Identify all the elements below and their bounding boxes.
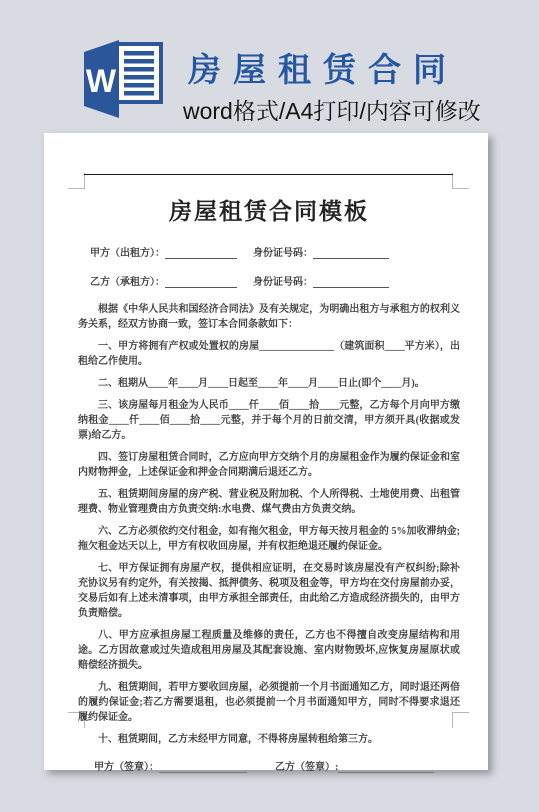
- contract-clause-8: 八、甲方应承担房屋工程质量及维修的责任，乙方也不得擅自改变房屋结构和用途。乙方因…: [78, 628, 460, 673]
- document-title: 房屋租赁合同模板: [78, 193, 460, 226]
- document-content: 房屋租赁合同模板 甲方（出租方）： 身份证号码： 乙方（承租方）： 身份证号码：…: [78, 193, 460, 773]
- signature-party-b-blank: [338, 761, 434, 773]
- template-preview: W 房屋租赁合同 word格式/A4打印/内容可修改 房屋租赁合同模板 甲方（出…: [0, 0, 539, 812]
- party-b-row: 乙方（承租方）： 身份证号码：: [78, 273, 460, 288]
- contract-clause-4: 四、签订房屋租赁合同时，乙方应向甲方交纳个月的房屋租金作为履约保证金和室内财物押…: [78, 450, 460, 480]
- margin-corner-mark-top-left: [68, 173, 85, 189]
- party-b-id-blank: [313, 276, 389, 288]
- contract-clause-1: 一、甲方将拥有产权或处置权的房屋_______________（建筑面积____…: [78, 339, 460, 369]
- contract-clause-7: 七、甲方保证拥有房屋产权，提供相应证明，在交易时该房屋没有产权纠纷;除补充协议另…: [78, 561, 460, 621]
- contract-clause-5: 五、租赁期间房屋的房产税、营业税及附加税、个人所得税、土地使用费、出租管理费、物…: [78, 487, 460, 517]
- signature-party-a-label: 甲方（签章）：: [94, 758, 159, 773]
- contract-clause-2: 二、租期从____年____月____日起至____年____月____日止(即…: [78, 376, 460, 391]
- promo-header: W 房屋租赁合同 word格式/A4打印/内容可修改: [0, 0, 539, 133]
- party-a-id-blank: [313, 247, 389, 259]
- promo-title: 房屋租赁合同: [188, 44, 458, 91]
- word-icon-letter: W: [86, 63, 117, 99]
- party-a-label: 甲方（出租方）：: [90, 244, 165, 259]
- signature-row: 甲方（签章）： 乙方（签章）:: [78, 758, 460, 773]
- party-a-name-blank: [165, 247, 237, 259]
- document-page: 房屋租赁合同模板 甲方（出租方）： 身份证号码： 乙方（承租方）： 身份证号码：…: [44, 133, 488, 770]
- contract-body: 根据《中华人民共和国经济合同法》及有关规定，为明确出租方与承租方的权利义务关系，…: [78, 302, 460, 747]
- contract-intro: 根据《中华人民共和国经济合同法》及有关规定，为明确出租方与承租方的权利义务关系，…: [78, 302, 460, 332]
- contract-clause-6: 六、乙方必须依约交付租金，如有拖欠租金，甲方每天按月租金的 5%加收滞纳金;拖欠…: [78, 524, 460, 554]
- signature-party-b-label: 乙方（签章）:: [275, 758, 338, 773]
- party-b-label: 乙方（承租方）：: [90, 273, 165, 288]
- contract-clause-10: 十、租赁期间，乙方未经甲方同意，不得将房屋转租给第三方。: [78, 732, 460, 747]
- party-a-id-label: 身份证号码：: [253, 244, 313, 259]
- margin-corner-mark-top-right: [452, 173, 469, 189]
- word-logo-icon: W: [79, 37, 167, 121]
- party-b-id-label: 身份证号码：: [253, 273, 313, 288]
- party-b-name-blank: [165, 276, 237, 288]
- signature-party-a-blank: [159, 761, 247, 773]
- party-a-row: 甲方（出租方）： 身份证号码：: [78, 244, 460, 259]
- page-header-rule: [84, 174, 453, 175]
- promo-subtitle: word格式/A4打印/内容可修改: [183, 93, 481, 126]
- contract-clause-9: 九、租赁期间，若甲方要收回房屋，必须提前一个月书面通知乙方，同时退还两倍的履约保…: [78, 680, 460, 725]
- contract-clause-3: 三、该房屋每月租金为人民币____仟____佰____拾____元整，乙方每个月…: [78, 398, 460, 443]
